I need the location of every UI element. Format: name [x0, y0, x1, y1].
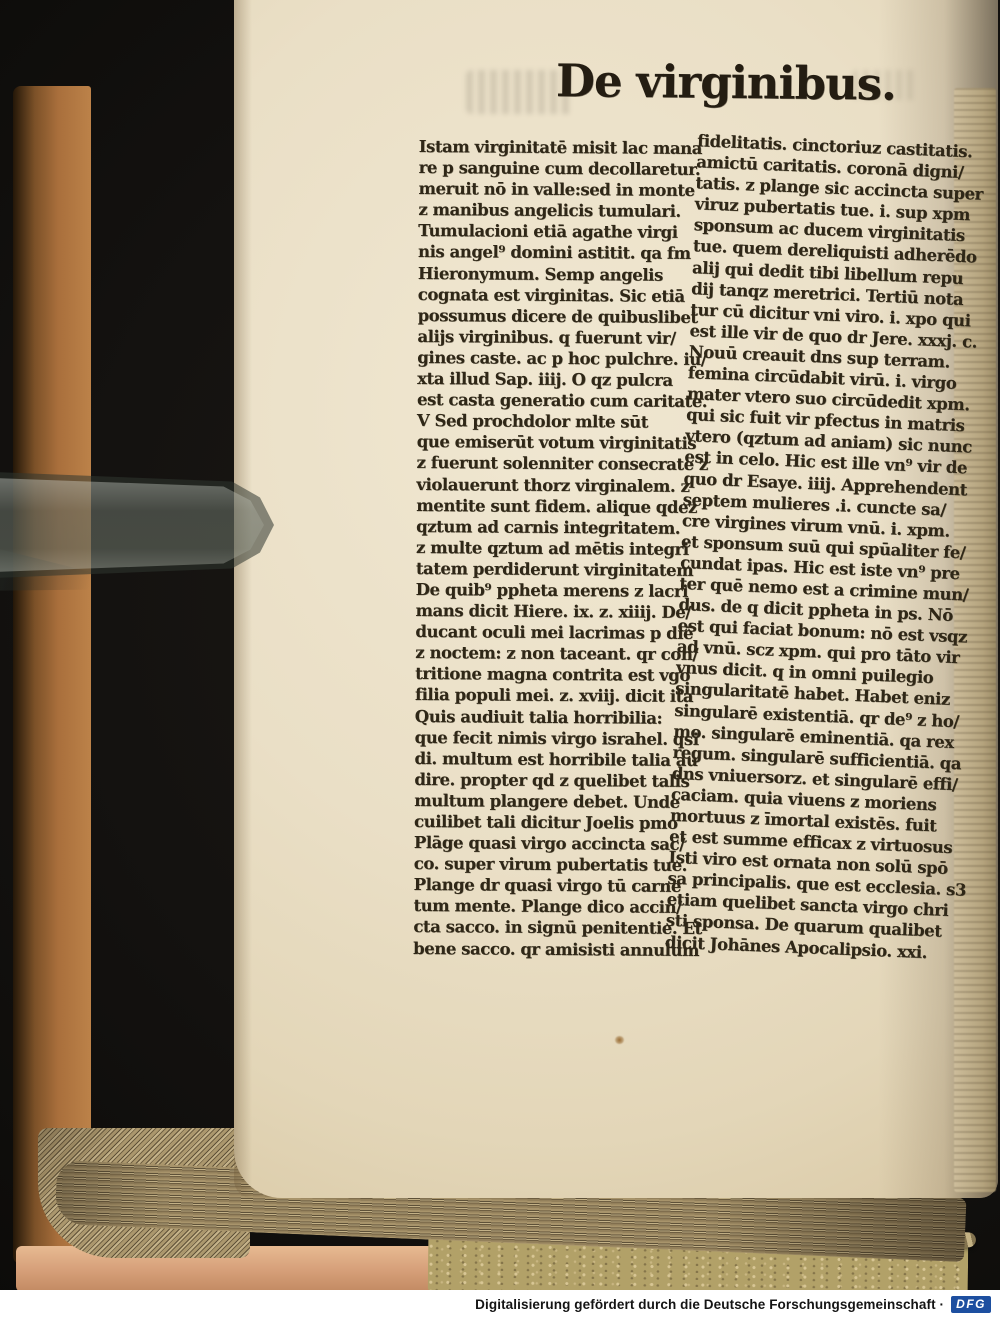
text-line: que emiserūt votum virginitatis — [417, 431, 707, 454]
text-line: z multe qztum ad mētis integri — [416, 537, 706, 560]
text-line: Istam virginitatē misit lac mana — [419, 136, 709, 159]
text-line: Plange dr quasi virgo tū carne — [414, 874, 704, 897]
text-line: qztum ad carnis integritatem. — [416, 516, 706, 539]
book-holder-clip — [0, 478, 264, 572]
digitization-credit-bar: Digitalisierung gefördert durch die Deut… — [0, 1290, 1000, 1318]
text-line: meruit nō in valle:sed in monte — [418, 178, 708, 201]
text-line: mentite sunt fidem. alique qdez — [416, 495, 706, 518]
text-line: Hieronymum. Semp angelis — [418, 263, 708, 286]
text-line: cognata est virginitas. Sic etiā — [418, 284, 708, 307]
text-line: re p sanguine cum decollaretur. — [419, 157, 709, 180]
text-line: xta illud Sap. iiij. O qz pulcra — [417, 368, 707, 391]
text-line: cuilibet tali dicitur Joelis pmo — [414, 811, 704, 834]
text-line: que fecit nimis virgo israhel. qsi — [415, 727, 705, 750]
text-column-left: Istam virginitatē misit lac manare p san… — [413, 136, 709, 961]
text-line: bene sacco. qr amisisti annulum — [413, 938, 703, 961]
text-line: Plāge quasi virgo accincta sac/ — [414, 832, 704, 855]
text-line: mans dicit Hiere. ix. z. xiiij. De/ — [415, 600, 705, 623]
book-page: De virginibus. Istam virginitatē misit l… — [234, 0, 998, 1198]
text-line: De quib⁹ ppheta merens z lacri — [416, 579, 706, 602]
text-line: z noctem: z non taceant. qr con/ — [415, 642, 705, 665]
text-line: nis angel⁹ domini astitit. qa fm — [418, 241, 708, 264]
dfg-logo: DFG — [951, 1296, 991, 1313]
chapter-heading: De virginibus. — [556, 54, 917, 111]
text-line: possumus dicere de quibuslibet — [418, 305, 708, 328]
book-scan-photo: De virginibus. Istam virginitatē misit l… — [0, 0, 1000, 1318]
text-line: gines caste. ac p hoc pulchre. iu/ — [417, 347, 707, 370]
text-line: est casta generatio cum caritate. — [417, 389, 707, 412]
text-line: dire. propter qd z quelibet talis — [414, 769, 704, 792]
text-line: z manibus angelicis tumulari. — [418, 199, 708, 222]
page-block-fore-edge — [30, 0, 258, 1194]
text-line: Quis audiuit talia horribilia: — [415, 706, 705, 729]
text-line: violauerunt thorz virginalem. z — [416, 473, 706, 496]
text-line: tatem perdiderunt virginitatem — [416, 558, 706, 581]
text-line: tum mente. Plange dico accin/ — [413, 895, 703, 918]
text-line: filia populi mei. z. xviij. dicit ita — [415, 684, 705, 707]
text-line: ducant oculi mei lacrimas p diē — [415, 621, 705, 644]
text-line: di. multum est horribile talia au — [414, 748, 704, 771]
text-column-right: fidelitatis. cinctoriuz castitatis.amict… — [665, 130, 988, 964]
text-line: z fuerunt solenniter consecrate z — [417, 452, 707, 475]
credit-text: Digitalisierung gefördert durch die Deut… — [475, 1297, 944, 1312]
text-line: multum plangere debet. Unde — [414, 790, 704, 813]
text-line: cta sacco. in signū penitentie. Et — [413, 916, 703, 939]
text-line: tritione magna contrita est vgo — [415, 663, 705, 686]
text-line: Tumulacioni etiā agathe virgi — [418, 220, 708, 243]
foxing-spot — [615, 1036, 624, 1044]
text-line: alijs virginibus. q fuerunt vir/ — [417, 326, 707, 349]
text-line: V Sed prochdolor mlte sūt — [417, 410, 707, 433]
text-line: co. super virum pubertatis tue. — [414, 853, 704, 876]
